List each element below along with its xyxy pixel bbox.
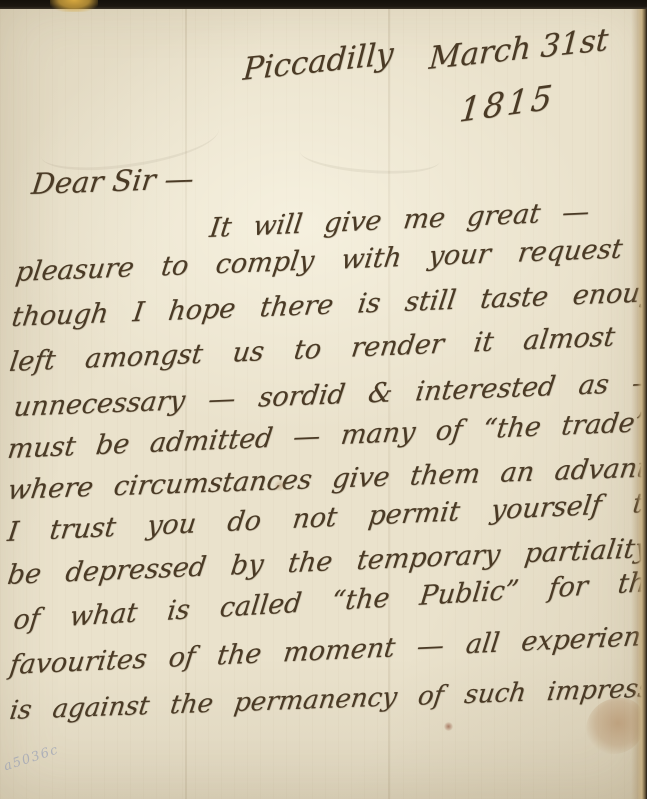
paper-right-edge: [631, 0, 647, 799]
sealing-wax-stain: [50, 0, 98, 12]
letter-line: It will give me great —: [208, 198, 591, 242]
heading-place: Piccadilly: [242, 39, 394, 86]
ink-bleedthrough: [299, 135, 441, 178]
heading-date: March 31st: [428, 25, 609, 75]
salutation: Dear Sir —: [30, 164, 195, 199]
fold-crease-right: [388, 0, 390, 799]
letter-line: pleasure to comply with your request —: [14, 233, 647, 286]
ink-stain-dot: [444, 722, 453, 731]
paper-spot: [274, 480, 286, 491]
heading-year-flourish: 1815: [458, 80, 557, 127]
pencil-catalogue-note: a5036c: [2, 742, 61, 774]
letter-scan: Piccadilly March 31st 1815 Dear Sir — It…: [0, 0, 647, 799]
letter-line: is against the permanency of such impres…: [8, 674, 647, 724]
letter-line: though I hope there is still taste enoug…: [10, 278, 647, 331]
